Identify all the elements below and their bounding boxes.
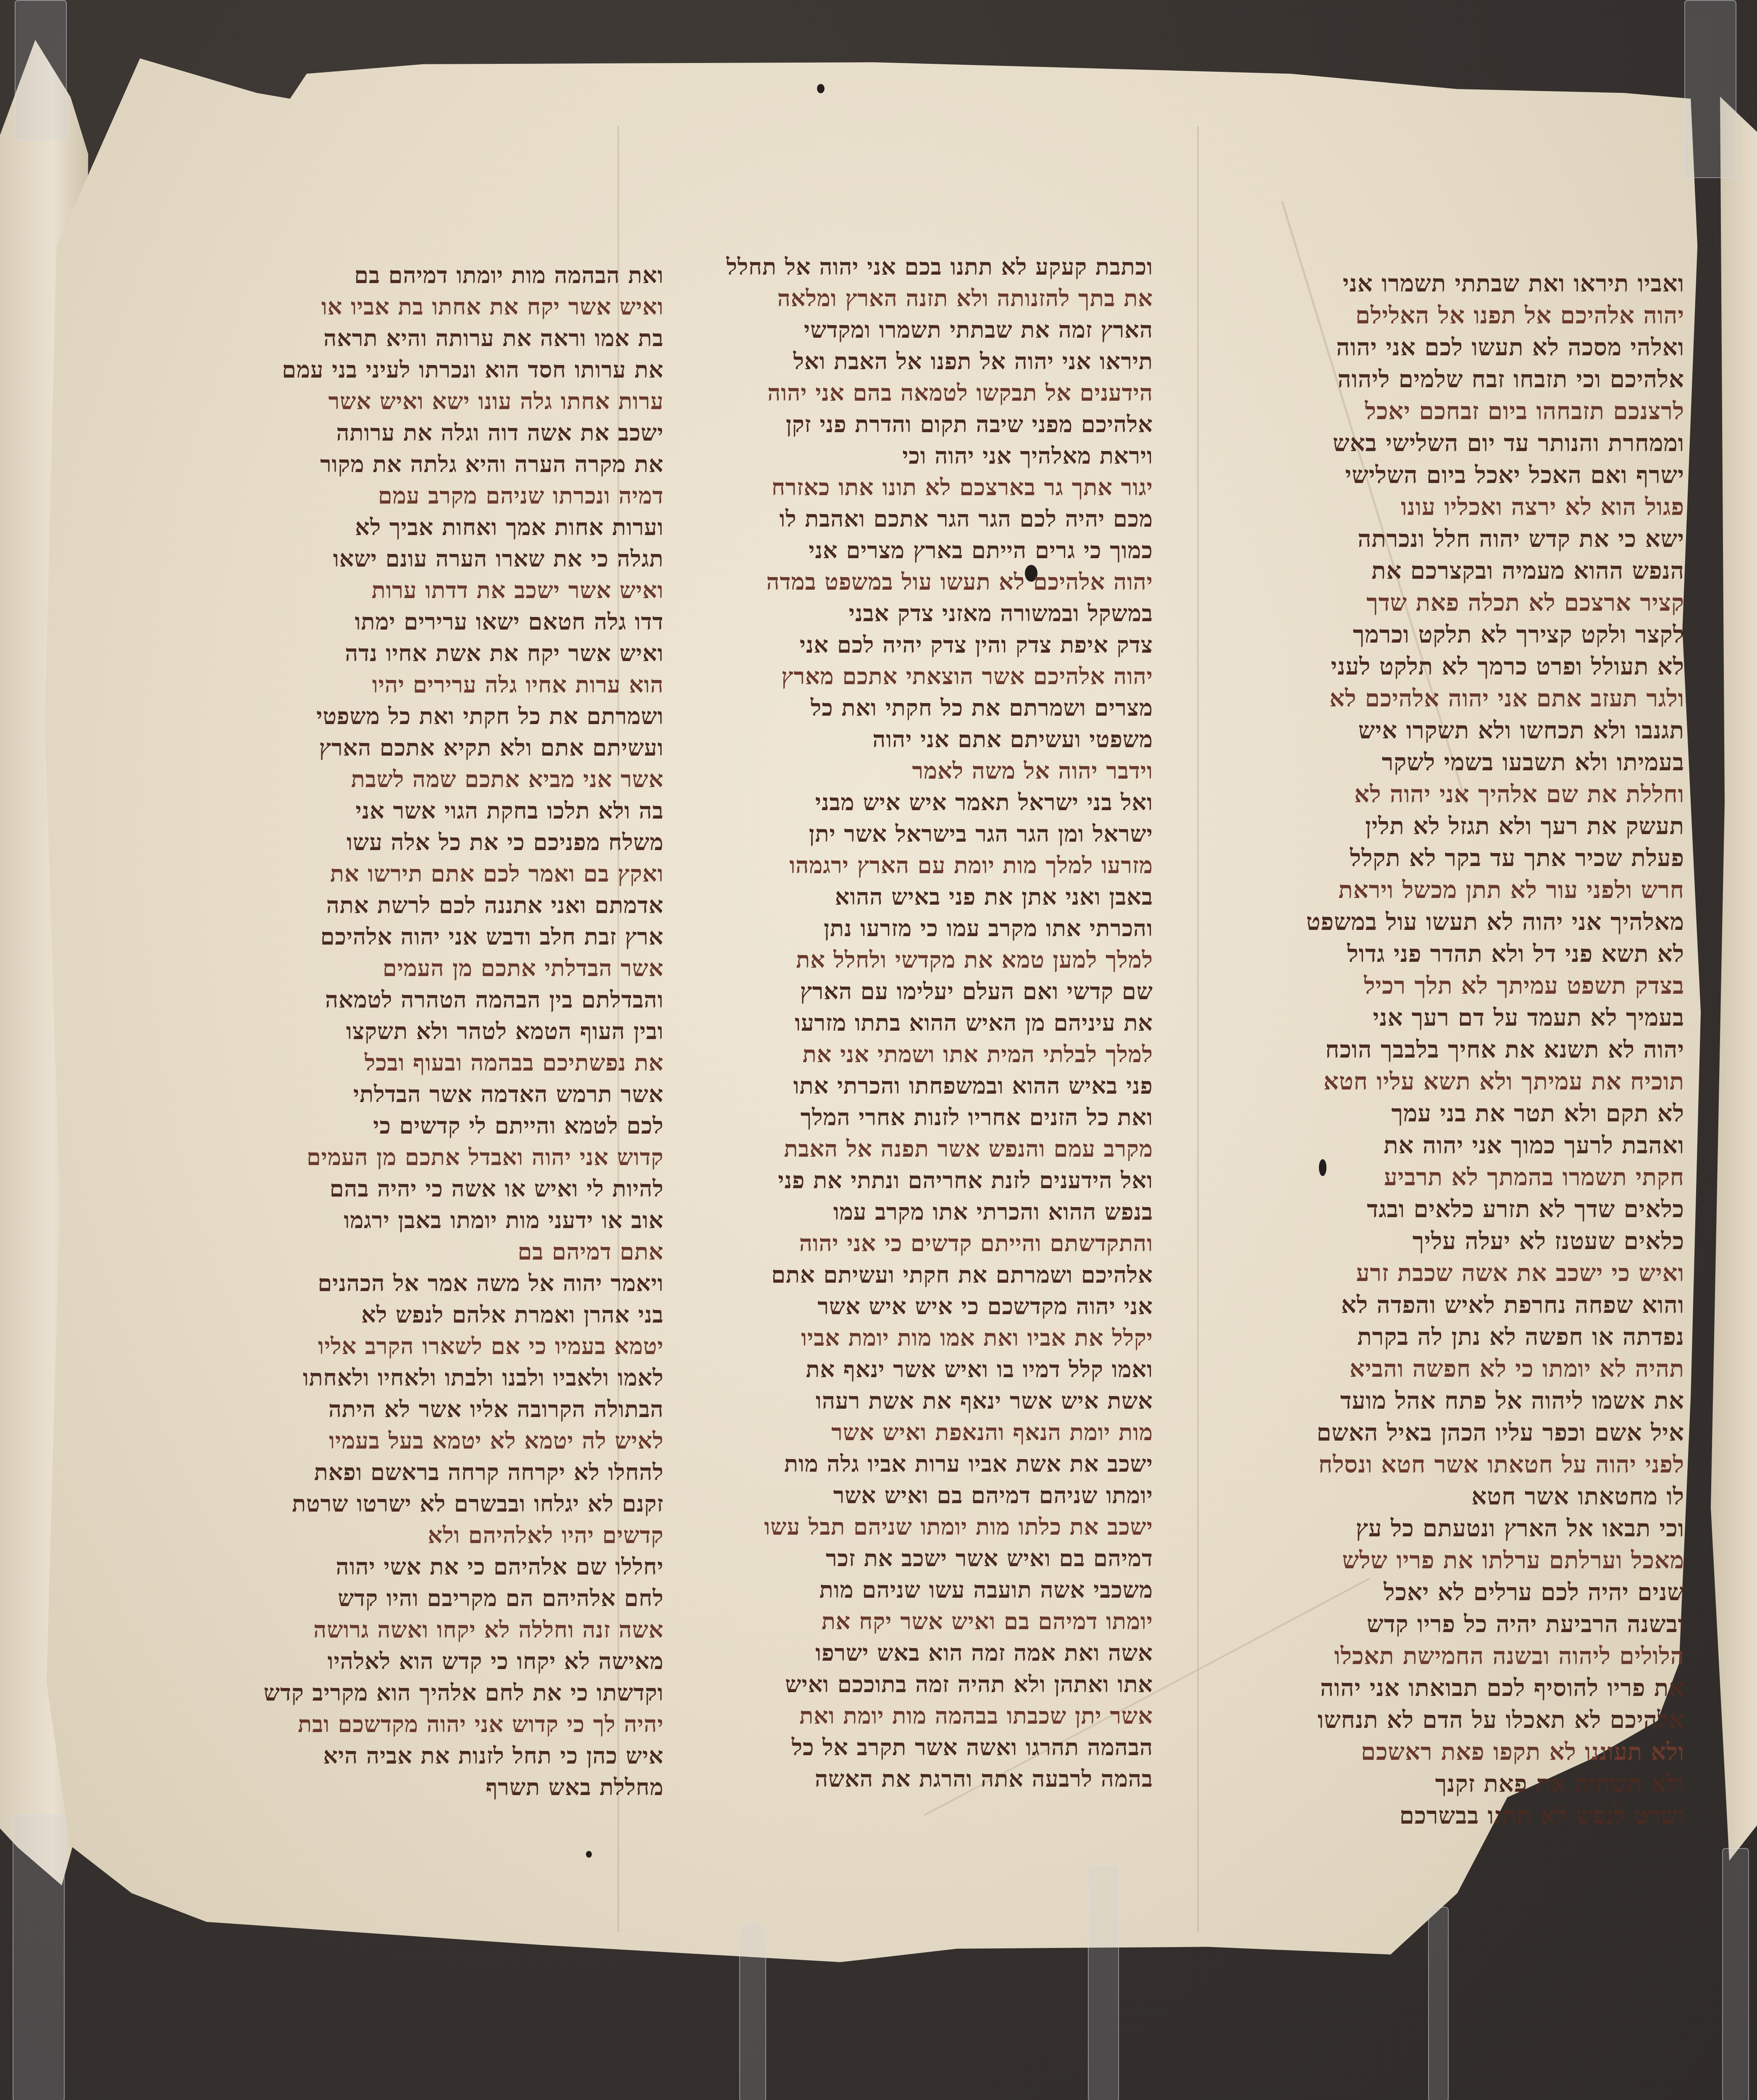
scroll-text-line: בה ולא תלכו בחקת הגוי אשר אני [355,796,664,825]
plastic-retaining-strip [1722,1848,1749,2100]
scroll-text-line: חקתי תשמרו בהמתך לא תרביע [1384,1163,1684,1192]
scroll-text-line: ישרף ואם האכל יאכל ביום השלישי [1345,460,1684,490]
scroll-text-line: יחללו שם אלהיהם כי את אשי יהוה [336,1552,664,1581]
scroll-text-line: דדו גלה חטאם ישאו ערירים ימתו [355,607,664,636]
scroll-text-line: אדמתם ואני אתננה לכם לרשת אתה [326,890,664,920]
scroll-text-line: הידענים אל תבקשו לטמאה בהם אני יהוה [767,378,1153,407]
scroll-text-line: יטמא בעמיו כי אם לשארו הקרב אליו [318,1331,664,1361]
scroll-text-line: מקרב עמם והנפש אשר תפנה אל האבת [784,1134,1153,1163]
scroll-text-line: שנים יהיה לכם ערלים לא יאכל [1384,1578,1684,1607]
scroll-text-line: ואביו תיראו ואת שבתתי תשמרו אני [1343,269,1684,298]
scroll-text-line: ישכב את אשה דוה וגלה את ערותה [336,418,664,447]
plastic-retaining-strip [739,1924,766,2100]
scroll-text-line: מות יומת הנאף והנאפת ואיש אשר [831,1417,1153,1447]
scroll-text-line: יהוה לא תשנא את אחיך בלבבך הוכח [1325,1035,1684,1064]
scroll-text-line: ואל בני ישראל תאמר איש איש מבני [815,787,1153,817]
scroll-text-line: וקדשתו כי את לחם אלהיך הוא מקריב קדש [264,1678,664,1707]
scroll-text-line: יהוה אלהיכם אשר הוצאתי אתכם מארץ [781,661,1153,691]
text-column-right: ואביו תיראו ואת שבתתי תשמרו אנייהוה אלהי… [1239,269,1684,1823]
scroll-text-line: אשר תרמש האדמה אשר הבדלתי [353,1079,664,1109]
scroll-text-line: למלך לבלתי המית אתו ושמתי אני את [803,1039,1153,1069]
scroll-text-line: והתקדשתם והייתם קדשים כי אני יהוה [799,1228,1153,1258]
scroll-text-line: תיראו אני יהוה אל תפנו אל האבת ואל [793,346,1153,376]
parchment-hole [586,1851,592,1858]
scroll-text-line: איש כהן כי תחל לזנות את אביה היא [323,1741,664,1770]
scroll-text-line: משפטי ועשיתם אתם אני יהוה [872,724,1153,754]
plastic-retaining-strip [1684,0,1736,178]
scroll-text-line: ולא תשחית את פאת זקנך [1435,1769,1684,1798]
scroll-text-line: אלהיכם וכי תזבחו זבח שלמים ליהוה [1338,365,1685,394]
scroll-text-line: תגנבו ולא תכחשו ולא תשקרו איש [1358,716,1684,745]
scroll-text-line: לאיש לה יטמא לא יטמא בעל בעמיו [329,1426,664,1455]
scroll-text-line: ישא כי את קדש יהוה חלל ונכרתה [1358,524,1684,554]
scroll-text-line: דמיהם בם ואיש אשר ישכב את זכר [826,1543,1153,1573]
scroll-text-line: תוכיח את עמיתך ולא תשא עליו חטא [1324,1067,1684,1096]
scroll-text-line: ולא תעוננו לא תקפו פאת ראשכם [1361,1737,1684,1767]
scroll-text-line: ואיש אשר ישכב את דדתו ערות [372,575,664,605]
scroll-text-line: מחללת באש תשרף [486,1772,664,1802]
scroll-text-line: אתם דמיהם בם [517,1237,664,1266]
scroll-text-line: וכי תבאו אל הארץ ונטעתם כל עץ [1356,1514,1684,1543]
scroll-text-line: דמיה ונכרתו שניהם מקרב עמם [378,481,664,510]
parchment-hole [817,84,825,93]
scroll-text-line: כמוך כי גרים הייתם בארץ מצרים אני [809,535,1153,565]
scroll-text-line: תגלה כי את שארו הערה עונם ישאו [333,544,664,573]
scroll-text-line: משכבי אשה תועבה עשו שניהם מות [819,1575,1153,1604]
scroll-text-line: צדק איפת צדק והין צדק יהיה לכם אני [800,630,1153,659]
scroll-text-line: ואקץ בם ואמר לכם אתם תירשו את [330,859,664,888]
scroll-text-line: וידבר יהוה אל משה לאמר [912,756,1153,785]
scroll-text-line: פגול הוא לא ירצה ואכליו עונו [1401,492,1684,522]
scroll-text-line: לפני יהוה על חטאתו אשר חטא ונסלח [1318,1450,1684,1479]
scroll-text-line: ואת כל הזנים אחריו לזנות אחרי המלך [801,1102,1153,1132]
plastic-retaining-strip [15,0,67,140]
text-column-middle: וכתבת קעקע לא תתנו בכם אני יהוה אל תחללא… [653,252,1153,1806]
scroll-text-line: אשר יתן שכבתו בבהמה מות יומת ואת [799,1701,1153,1730]
scroll-text-line: ושרט לנפש לא תתנו בבשרכם [1400,1801,1684,1830]
scroll-text-line: ואת הבהמה מות יומתו דמיהם בם [354,260,664,290]
scroll-text-line: ישכב את כלתו מות יומתו שניהם תבל עשו [764,1512,1153,1541]
scroll-text-line: וממחרת והנותר עד יום השלישי באש [1333,428,1684,458]
parchment-crease [1197,126,1199,1932]
scroll-text-line: ואל הידענים לזנת אחריהם ונתתי את פני [778,1165,1153,1195]
scroll-text-line: בת אמו וראה את ערותה והיא תראה [323,323,664,353]
scroll-text-line: והוא שפחה נחרפת לאיש והפדה לא [1341,1290,1684,1320]
scroll-text-line: אשת איש אשר ינאף את אשת רעהו [816,1386,1153,1415]
scroll-text-line: הבתולה הקרובה אליו אשר לא היתה [328,1394,664,1424]
scroll-text-line: מאלהיך אני יהוה לא תעשו עול במשפט [1306,907,1684,937]
scroll-text-line: אוב או ידעני מות יומתו באבן ירגמו [344,1205,664,1235]
scroll-text-line: הנפש ההוא מעמיה ובקצרכם את [1371,556,1684,585]
scroll-text-line: יגור אתך גר בארצכם לא תונו אתו כאזרח [772,472,1153,502]
scroll-text-line: קציר ארצכם לא תכלה פאת שדך [1366,588,1684,617]
scroll-text-line: ואיש כי ישכב את אשה שכבת זרע [1356,1258,1684,1288]
scroll-text-line: איל אשם וכפר עליו הכהן באיל האשם [1316,1418,1684,1447]
scroll-text-line: בעמיתו ולא תשבעו בשמי לשקר [1382,748,1684,777]
scroll-text-line: וחללת את שם אלהיך אני יהוה לא [1354,780,1684,809]
scroll-text-line: ואהבת לרעך כמוך אני יהוה את [1384,1131,1684,1160]
scroll-text-line: במשקל ובמשורה מאזני צדק אבני [849,598,1153,628]
scroll-text-line: אלהיכם ושמרתם את חקתי ועשיתם אתם [771,1260,1153,1289]
scroll-text-line: כלאים שעטנז לא יעלה עליך [1413,1226,1684,1256]
scroll-text-line: אשר הבדלתי אתכם מן העמים [383,953,664,983]
scroll-text-line: ואיש אשר יקח את אחתו בת אביו או [321,292,664,321]
scroll-text-line: חרש ולפני עור לא תתן מכשל ויראת [1339,875,1684,905]
scroll-text-line: את בתך להזנותה ולא תזנה הארץ ומלאה [777,283,1153,313]
scroll-text-line: לא תעולל ופרט כרמך לא תלקט לעני [1331,652,1684,681]
plastic-retaining-strip [13,1814,65,2100]
scroll-text-line: את מקרה הערה והיא גלתה את מקור [320,449,664,479]
scroll-text-line: קדוש אני יהוה ואבדל אתכם מן העמים [307,1142,664,1172]
scroll-text-line: ואלהי מסכה לא תעשו לכם אני יהוה [1336,333,1684,362]
scroll-text-line: פעלת שכיר אתך עד בקר לא תקלל [1350,843,1684,873]
scroll-text-line: ואיש אשר יקח את אשת אחיו נדה [345,638,664,668]
scroll-text-line: ישראל ומן הגר הגר בישראל אשר יתן [809,819,1153,848]
scroll-text-line: והבדלתם בין הבהמה הטהרה לטמאה [325,985,664,1014]
scroll-text-line: תעשק את רעך ולא תגזל לא תלין [1365,811,1684,841]
scroll-text-line: וכתבת קעקע לא תתנו בכם אני יהוה אל תחלל [726,252,1153,281]
plastic-retaining-strip [1088,1865,1119,2100]
scroll-text-line: אתו ואתהן ולא תהיה זמה בתוככם ואיש [785,1669,1153,1699]
scroll-text-line: לו מחטאתו אשר חטא [1471,1482,1684,1511]
scroll-text-line: באבן ואני אתן את פני באיש ההוא [835,882,1153,911]
scroll-text-line: להחלו לא יקרחה קרחה בראשם ופאת [314,1457,664,1487]
scroll-text-line: הלולים ליהוה ובשנה החמישת תאכלו [1334,1641,1684,1671]
scroll-text-line: אשה ואת אמה זמה הוא באש ישרפו [815,1638,1153,1667]
scroll-text-line: יהוה אלהיכם לא תעשו עול במשפט במדה [766,567,1153,596]
scroll-text-line: את נפשתיכם בבהמה ובעוף ובכל [365,1048,664,1077]
scroll-text-line: יהוה אלהיכם אל תפנו אל האלילם [1355,301,1684,330]
scroll-text-line: הוא ערות אחיו גלה ערירים יהיו [372,670,664,699]
scroll-text-line: מכם יהיה לכם הגר הגר אתכם ואהבת לו [779,504,1153,533]
scroll-text-line: ויראת מאלהיך אני יהוה וכי [902,441,1153,470]
scroll-text-line: אני יהוה מקדשכם כי איש איש אשר [817,1291,1153,1321]
scroll-text-line: ערות אחתו גלה עונו ישא ואיש אשר [328,386,664,416]
scroll-text-line: ועשיתם אתם ולא תקיא אתכם הארץ [319,733,664,762]
scroll-text-line: לא תשא פני דל ולא תהדר פני גדול [1347,939,1684,969]
scroll-text-line: לחם אלהיהם הם מקריבם והיו קדש [338,1583,664,1613]
scroll-text-line: אשה זנה וחללה לא יקחו ואשה גרושה [313,1615,664,1644]
scroll-text-line: למלך למען טמא את מקדשי ולחלל את [796,945,1153,974]
scroll-text-line: ושמרתם את כל חקתי ואת כל משפטי [316,701,664,731]
scroll-text-line: כלאים שדך לא תזרע כלאים ובגד [1367,1194,1684,1224]
scroll-text-line: בעמיך לא תעמד על דם רעך אני [1373,1003,1685,1032]
scroll-text-line: לכם לטמא והייתם לי קדשים כי [373,1111,664,1140]
scroll-text-line: מצרים ושמרתם את כל חקתי ואת כל [811,693,1153,722]
scroll-text-line: לא תקם ולא תטר את בני עמך [1391,1099,1684,1128]
scroll-text-line: וערות אחות אמך ואחות אביך לא [355,512,664,542]
scroll-text-line: את פריו להוסיף לכם תבואתו אני יהוה [1320,1673,1684,1703]
scroll-text-line: משלח מפניכם כי את כל אלה עשו [347,827,664,857]
scroll-text-line: מאכל וערלתם ערלתו את פריו שלש [1342,1546,1684,1575]
scroll-text-line: נפדתה או חפשה לא נתן לה בקרת [1357,1322,1684,1352]
scroll-text-line: בצדק תשפט עמיתך לא תלך רכיל [1364,971,1684,1000]
scroll-text-line: ולגר תעזב אתם אני יהוה אלהיכם לא [1329,684,1684,713]
scroll-text-line: ארץ זבת חלב ודבש אני יהוה אלהיכם [320,922,664,951]
text-column-left: ואת הבהמה מות יומתו דמיהם בםואיש אשר יקח… [126,260,664,1814]
scroll-text-line: להיות לי ואיש או אשה כי יהיה בהם [330,1174,664,1203]
scroll-text-line: אשר אני מביא אתכם שמה לשבת [351,764,664,794]
scroll-text-line: ואמו קלל דמיו בו ואיש אשר ינאף את [806,1354,1153,1384]
scroll-text-line: ויאמר יהוה אל משה אמר אל הכהנים [318,1268,664,1298]
scroll-text-line: את עיניהם מן האיש ההוא בתתו מזרעו [795,1008,1153,1037]
scroll-text-line: לאמו ולאביו ולבנו ולבתו ולאחיו ולאחתו [303,1363,664,1392]
scroll-text-line: שם קדשי ואם העלם יעלימו עם הארץ [800,976,1153,1006]
scroll-text-line: קדשים יהיו לאלהיהם ולא [428,1520,664,1550]
scroll-text-line: ישכב את אשת אביו ערות אביו גלה מות [784,1449,1153,1478]
scroll-text-line: והכרתי אתו מקרב עמו כי מזרעו נתן [824,913,1153,943]
scroll-text-line: יומתו דמיהם בם ואיש אשר יקח את [822,1606,1153,1636]
scroll-text-line: הבהמה תהרגו ואשה אשר תקרב אל כל [792,1732,1153,1762]
scroll-text-line: יקלל את אביו ואת אמו מות יומת אביו [801,1323,1153,1352]
scroll-text-line: יומתו שניהם דמיהם בם ואיש אשר [833,1480,1153,1510]
scroll-text-line: הארץ זמה את שבתתי תשמרו ומקדשי [804,315,1153,344]
scroll-text-line: בני אהרן ואמרת אלהם לנפש לא [361,1300,664,1329]
scroll-text-line: ובשנה הרביעת יהיה כל פריו קדש [1367,1609,1684,1639]
scroll-text-line: לקצר ולקט קצירך לא תלקט וכרמך [1353,620,1684,649]
plastic-retaining-strip [1428,1907,1449,2100]
scroll-text-line: לרצנכם תזבחהו ביום זבחכם יאכל [1365,396,1684,426]
scroll-text-line: אלהיכם לא תאכלו על הדם לא תנחשו [1318,1705,1684,1735]
scroll-text-line: זקנם לא יגלחו ובבשרם לא ישרטו שרטת [292,1489,664,1518]
scroll-text-line: פני באיש ההוא ובמשפחתו והכרתי אתו [793,1071,1153,1100]
scroll-text-line: תהיה לא יומתו כי לא חפשה והביא [1350,1354,1684,1383]
scroll-text-line: יהיה לך כי קדוש אני יהוה מקדשכם ובת [298,1709,664,1739]
scroll-text-line: מזרעו למלך מות יומת עם הארץ ירגמהו [789,850,1153,880]
scroll-text-line: ובין העוף הטמא לטהר ולא תשקצו [346,1016,664,1046]
scroll-text-line: בהמה לרבעה אתה והרגת את האשה [815,1764,1153,1793]
scroll-text-line: את אשמו ליהוה אל פתח אהל מועד [1340,1386,1684,1415]
scroll-text-line: אלהיכם מפני שיבה תקום והדרת פני זקן [786,409,1153,439]
scroll-text-line: בנפש ההוא והכרתי אתו מקרב עמו [833,1197,1153,1226]
scroll-text-line: את ערותו חסד הוא ונכרתו לעיני בני עמם [282,355,664,384]
scroll-text-line: מאישה לא יקחו כי קדש הוא לאלהיו [328,1646,664,1676]
